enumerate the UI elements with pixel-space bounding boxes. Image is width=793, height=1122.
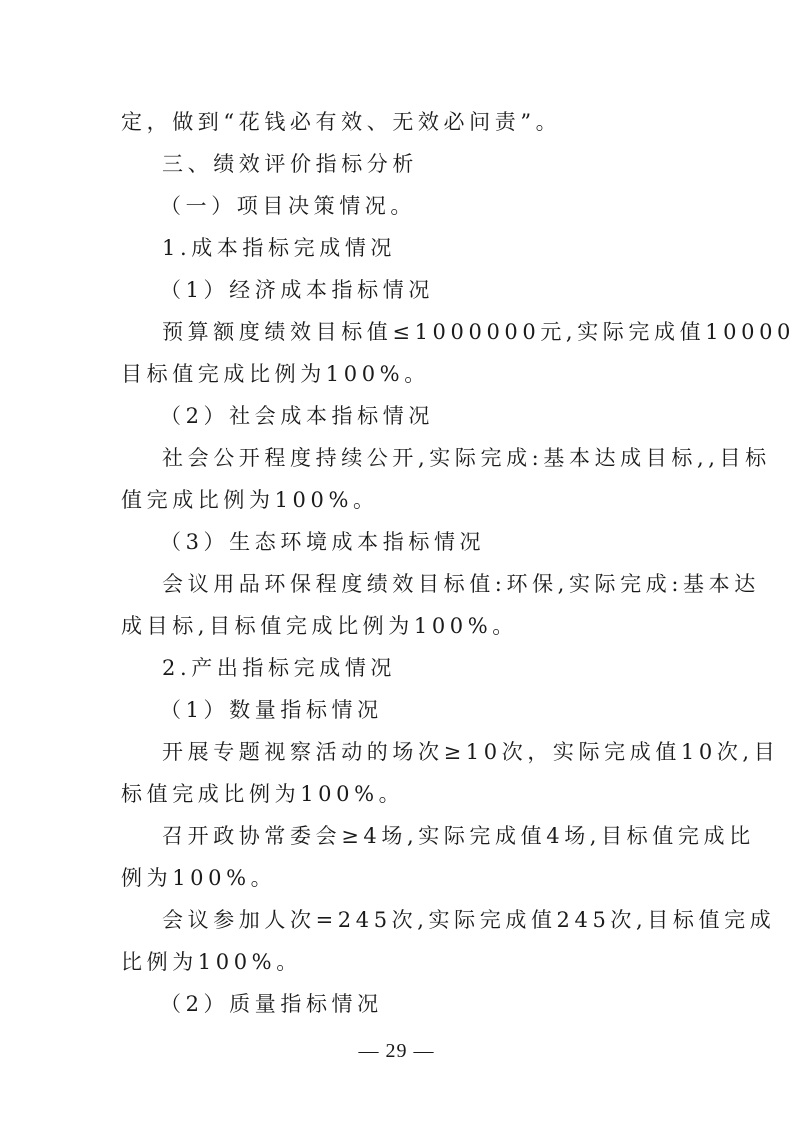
subitem-heading: （3）生态环境成本指标情况 — [160, 529, 485, 555]
item-heading: 1.成本指标完成情况 — [162, 235, 396, 261]
subsection-heading: （一）项目决策情况。 — [160, 193, 416, 219]
paragraph-line: 例为100%。 — [121, 865, 276, 891]
paragraph-line: 开展专题视察活动的场次≥10次，实际完成值10次,目 — [162, 739, 779, 765]
paragraph-line: 预算额度绩效目标值≤1000000元,实际完成值1000000, — [162, 319, 793, 345]
paragraph-line: 标值完成比例为100%。 — [121, 781, 404, 807]
subitem-heading: （1）数量指标情况 — [160, 697, 383, 723]
subitem-heading: （1）经济成本指标情况 — [160, 277, 434, 303]
paragraph-line: 比例为100%。 — [121, 949, 302, 975]
page-number: — 29 — — [0, 1040, 793, 1063]
document-page: 定，做到“花钱必有效、无效必问责”。 三、绩效评价指标分析 （一）项目决策情况。… — [0, 0, 793, 1122]
paragraph-line: 值完成比例为100%。 — [121, 487, 379, 513]
paragraph-line: 成目标,目标值完成比例为100%。 — [121, 613, 518, 639]
section-heading: 三、绩效评价指标分析 — [162, 151, 418, 177]
subitem-heading: （2）社会成本指标情况 — [160, 403, 434, 429]
subitem-heading: （2）质量指标情况 — [160, 991, 383, 1017]
item-heading: 2.产出指标完成情况 — [162, 655, 396, 681]
paragraph-line: 会议参加人次=245次,实际完成值245次,目标值完成 — [162, 907, 775, 933]
paragraph-line: 社会公开程度持续公开,实际完成:基本达成目标,,目标 — [162, 445, 771, 471]
paragraph-line: 会议用品环保程度绩效目标值:环保,实际完成:基本达 — [162, 571, 760, 597]
paragraph-line: 目标值完成比例为100%。 — [121, 361, 430, 387]
paragraph-line: 召开政协常委会≥4场,实际完成值4场,目标值完成比 — [162, 823, 755, 849]
paragraph-continuation: 定，做到“花钱必有效、无效必问责”。 — [121, 109, 561, 135]
